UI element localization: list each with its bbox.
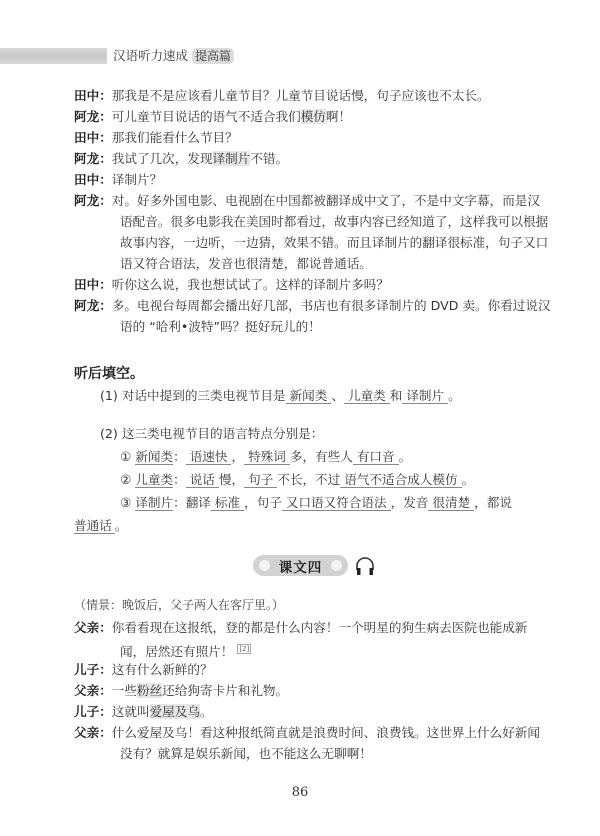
line-text: 闻，居然还有照片！ <box>120 644 233 659</box>
speaker: 阿龙： <box>74 298 112 313</box>
item-marker: ① <box>120 449 131 464</box>
text: 。 <box>462 472 475 487</box>
speaker: 阿龙： <box>74 151 112 166</box>
pill-dot-left <box>259 560 270 571</box>
answer-row-2: ② 儿童类：说话慢，句子不长，不过语气不适合成人模仿。 <box>120 472 474 488</box>
dialogue-continuation: 故事内容，一边听，一边猜，效果不错。而且译制片的翻译很标准，句子又口 <box>120 235 548 251</box>
answer-blank: 语气不适合成人模仿 <box>340 473 461 488</box>
dialogue-line: 田中：那我是不是应该看儿童节目？儿童节目说话慢，句子应该也不太长。 <box>74 88 490 104</box>
line-text: 那我们能看什么节目？ <box>112 130 238 145</box>
vocab-highlight: 爱屋及乌 <box>150 704 200 719</box>
line-text: 可儿童节目说话的语气不适合我们 <box>112 109 301 124</box>
running-header: 汉语听力速成提高篇 <box>113 48 234 64</box>
speaker: 儿子： <box>74 662 112 677</box>
colon: ： <box>173 472 186 487</box>
speaker: 阿龙： <box>74 109 112 124</box>
header-decor-bar <box>0 48 107 64</box>
colon: ： <box>173 449 186 464</box>
line-text: 多。电视台每周都会播出好几部，书店也有很多译制片的 DVD 卖。你看过说汉 <box>112 298 551 313</box>
text: 。 <box>115 518 128 533</box>
text: 多，有些人 <box>290 449 353 464</box>
line-text: 不错。 <box>250 151 288 166</box>
text: ，都说 <box>474 495 512 510</box>
text: ，句子 <box>244 495 282 510</box>
colon: ： <box>173 495 186 510</box>
answer-blank: 很清楚 <box>428 496 474 511</box>
answer-blank: 特殊词 <box>244 450 290 465</box>
dialogue-line: 父亲：你看看现在这报纸，登的都是什么内容！一个明星的狗生病去医院也能成新 <box>74 620 527 636</box>
speaker: 父亲： <box>74 683 112 698</box>
line-text: 什么爱屋及乌！看这种报纸简直就是浪费时间、浪费钱。这世界上什么好新闻 <box>112 725 540 740</box>
vocab-highlight: 粉丝 <box>137 683 162 698</box>
category-label: 儿童类 <box>135 473 173 488</box>
question-number: (1) <box>100 388 118 403</box>
category-label: 新闻类 <box>135 450 173 465</box>
speaker: 儿子： <box>74 704 112 719</box>
lesson-title-pill: 课文四 <box>253 555 348 576</box>
speaker: 阿龙： <box>74 193 112 208</box>
dialogue-line: 父亲：一些粉丝还给狗寄卡片和礼物。 <box>74 683 288 699</box>
speaker: 田中： <box>74 88 112 103</box>
line-text: 一些 <box>112 683 137 698</box>
answer-blank: 句子 <box>244 473 277 488</box>
speaker: 田中： <box>74 277 112 292</box>
dialogue-line: 阿龙：我试了几次，发现译制片不错。 <box>74 151 288 167</box>
question-1: (1) 对话中提到的三类电视节目是新闻类、儿童类和译制片。 <box>100 388 461 404</box>
line-text: 啊！ <box>326 109 351 124</box>
answer-blank: 译制片 <box>402 389 448 404</box>
headphones-icon <box>354 555 376 577</box>
vocab-highlight: 模仿 <box>301 109 326 124</box>
lesson-title: 课文四 <box>279 556 323 576</box>
speaker: 田中： <box>74 130 112 145</box>
answer-blank: 语速快 <box>186 450 232 465</box>
separator: 和 <box>390 388 403 403</box>
answer-blank: 儿童类 <box>344 389 390 404</box>
footnote-marker: [2] <box>237 644 251 654</box>
speaker: 父亲： <box>74 725 112 740</box>
dialogue-line: 父亲：什么爱屋及乌！看这种报纸简直就是浪费时间、浪费钱。这世界上什么好新闻 <box>74 725 540 741</box>
category-label: 译制片 <box>135 496 173 511</box>
text: 不长，不过 <box>277 472 340 487</box>
exercise-title: 听后填空。 <box>74 363 144 383</box>
answer-blank: 新闻类 <box>286 389 332 404</box>
speaker: 田中： <box>74 172 112 187</box>
speaker: 父亲： <box>74 620 112 635</box>
answer-row-3: ③ 译制片：翻译标准，句子又口语又符合语法，发音很清楚，都说 <box>120 495 512 511</box>
dialogue-continuation: 语的 “哈利•波特”吗？挺好玩儿的！ <box>120 319 321 335</box>
dialogue-line: 田中：译制片？ <box>74 172 162 188</box>
line-text: 那我是不是应该看儿童节目？儿童节目说话慢，句子应该也不太长。 <box>112 88 490 103</box>
separator: 、 <box>331 388 344 403</box>
vocab-highlight: 译制片 <box>213 151 251 166</box>
line-text: 。 <box>200 704 213 719</box>
question-text: 对话中提到的三类电视节目是 <box>122 388 286 403</box>
dialogue-line: 田中：听你这么说，我也想试试了。这样的译制片多吗？ <box>74 277 389 293</box>
line-text: 译制片？ <box>112 172 162 187</box>
dialogue-line: 阿龙：可儿童节目说话的语气不适合我们模仿啊！ <box>74 109 351 125</box>
pill-dot-right <box>331 560 342 571</box>
separator: 。 <box>448 388 461 403</box>
answer-blank: 普通话 <box>74 519 115 534</box>
text: 慢， <box>219 472 244 487</box>
book-title: 汉语听力速成 <box>113 48 188 63</box>
text: ，发音 <box>391 495 429 510</box>
line-text: 对。好多外国电影、电视剧在中国都被翻译成中文了，不是中文字幕，而是汉 <box>112 193 540 208</box>
dialogue-line: 儿子：这就叫爱屋及乌。 <box>74 704 213 720</box>
item-marker: ③ <box>120 495 131 510</box>
answer-blank: 有口音 <box>353 450 399 465</box>
answer-blank: 说话 <box>186 473 219 488</box>
dialogue-line: 田中：那我们能看什么节目？ <box>74 130 238 146</box>
question-number: (2) <box>100 426 118 441</box>
dialogue-continuation: 闻，居然还有照片！[2] <box>120 641 251 660</box>
item-marker: ② <box>120 472 131 487</box>
question-text: 这三类电视节目的语言特点分别是： <box>122 426 324 441</box>
line-text: 你看看现在这报纸，登的都是什么内容！一个明星的狗生病去医院也能成新 <box>112 620 528 635</box>
dialogue-line: 儿子：这有什么新鲜的？ <box>74 662 213 678</box>
answer-row-3-continuation: 普通话。 <box>74 518 127 534</box>
line-text: 这有什么新鲜的？ <box>112 662 213 677</box>
line-text: 我试了几次，发现 <box>112 151 213 166</box>
text: ， <box>231 449 244 464</box>
line-text: 还给狗寄卡片和礼物。 <box>162 683 288 698</box>
text: 。 <box>399 449 412 464</box>
level-badge: 提高篇 <box>192 48 234 64</box>
text: 翻译 <box>186 495 211 510</box>
dialogue-line: 阿龙：多。电视台每周都会播出好几部，书店也有很多译制片的 DVD 卖。你看过说汉 <box>74 298 551 314</box>
answer-row-1: ① 新闻类：语速快，特殊词多，有些人有口音。 <box>120 449 411 465</box>
dialogue-continuation: 语又符合语法，发音也很清楚，都说普通话。 <box>120 256 372 272</box>
scene-description: （情景：晚饭后，父子两人在客厅里。） <box>74 596 284 613</box>
question-2: (2) 这三类电视节目的语言特点分别是： <box>100 426 323 442</box>
dialogue-line: 阿龙：对。好多外国电影、电视剧在中国都被翻译成中文了，不是中文字幕，而是汉 <box>74 193 540 209</box>
answer-blank: 又口语又符合语法 <box>282 496 391 511</box>
line-text: 这就叫 <box>112 704 150 719</box>
dialogue-continuation: 没有？就算是娱乐新闻，也不能这么无聊啊！ <box>120 746 372 762</box>
answer-blank: 标准 <box>211 496 244 511</box>
line-text: 听你这么说，我也想试试了。这样的译制片多吗？ <box>112 277 389 292</box>
dialogue-continuation: 语配音。很多电影我在美国时都看过，故事内容已经知道了，这样我可以根据 <box>120 214 548 230</box>
page-number: 86 <box>0 785 600 800</box>
